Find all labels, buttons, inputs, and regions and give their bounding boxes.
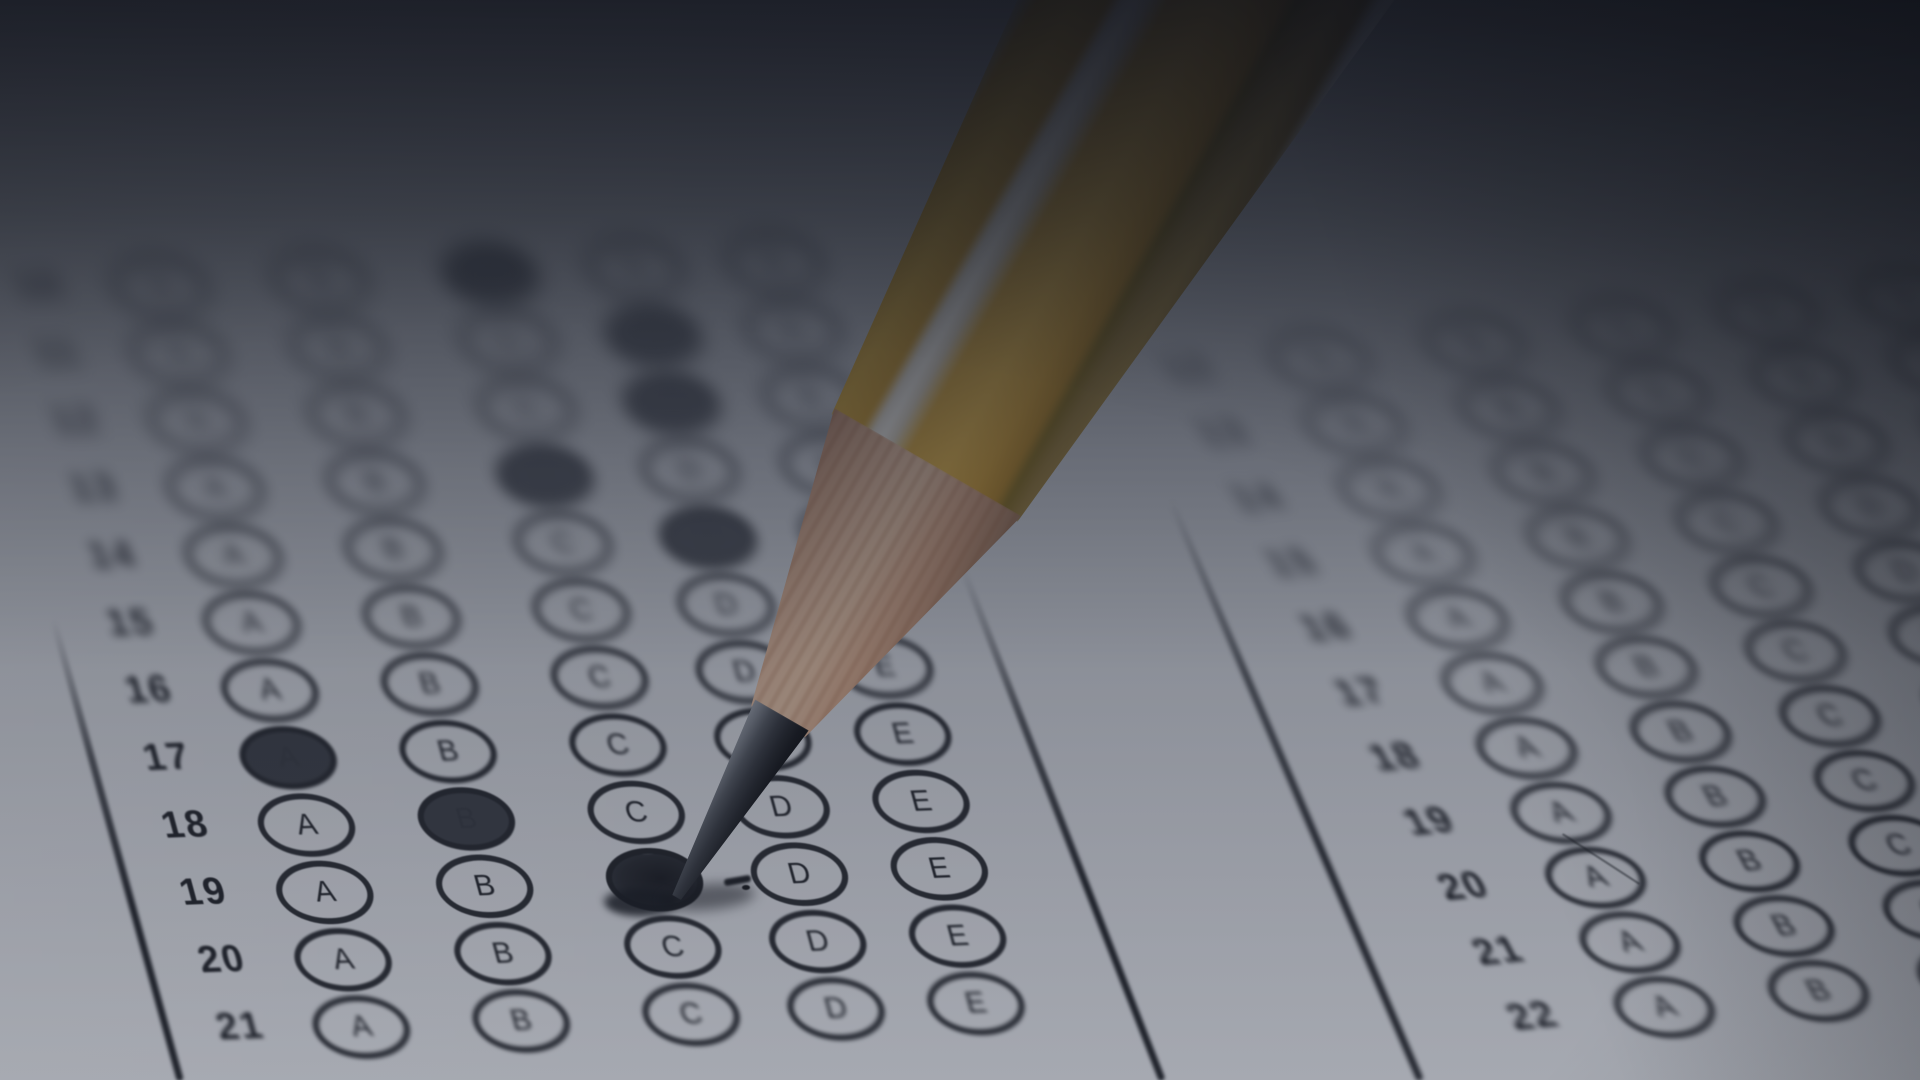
bubble-letter: A (1439, 601, 1476, 635)
bubble-letter: D (638, 318, 669, 353)
bubble-letter: C (584, 660, 615, 695)
bubble-letter: B (415, 667, 444, 701)
bubble-letter: A (1405, 537, 1442, 571)
bubble-letter: B (305, 263, 334, 297)
question-number: 17 (119, 735, 215, 781)
bubble-letter: E (778, 313, 807, 347)
bubble-letter: C (474, 256, 505, 291)
bubble-letter: B (1800, 974, 1837, 1008)
bubble-letter: B (488, 936, 517, 970)
bubble-letter: E (760, 245, 789, 279)
bubble-letter: D (1748, 295, 1787, 330)
bubble-letter: C (548, 526, 579, 561)
question-number: 11 (10, 331, 106, 377)
bubble-letter: E (961, 986, 990, 1020)
bubble-letter: A (310, 875, 339, 909)
bubble-letter: A (1646, 990, 1683, 1024)
bubble-letter: A (292, 808, 321, 842)
bubble-letter: C (621, 795, 652, 830)
bubble-letter: B (1490, 391, 1527, 425)
question-number: 13 (46, 466, 142, 512)
bubble-letter: A (1474, 666, 1511, 700)
bubble-letter: A (329, 943, 358, 977)
bubble-letter: E (906, 784, 935, 818)
question-number: 20 (174, 937, 270, 983)
bubble-letter: A (1302, 342, 1339, 376)
bubble-letter: C (639, 863, 670, 898)
bubble-letter: D (802, 924, 833, 959)
bubble-letter: A (182, 404, 211, 438)
bubble-letter: B (360, 465, 389, 499)
bubble-letter: A (237, 606, 266, 640)
bubble-letter: A (1336, 407, 1373, 441)
question-number: 12 (28, 398, 124, 444)
bubble-letter: D (1852, 490, 1891, 525)
bubble-letter: B (1559, 520, 1596, 554)
bubble-letter: D (711, 588, 742, 623)
question-number: 14 (64, 533, 160, 579)
bubble-letter: A (219, 538, 248, 572)
bubble-letter: E (888, 717, 917, 751)
bubble-letter: B (1731, 844, 1768, 878)
bubble-letter: C (493, 324, 524, 359)
bubble-letter: B (507, 1004, 536, 1038)
bubble-letter: C (603, 728, 634, 763)
bubble-letter: C (676, 997, 707, 1032)
scantron-photo-scene: 10ABCDE11ABCDE12ABCDE13ABCDE14ABCDE15ABC… (0, 0, 1920, 1080)
bubble-letter: B (434, 734, 463, 768)
bubble-letter: B (1456, 326, 1493, 360)
bubble-letter: A (146, 269, 175, 303)
bubble-letter: C (1776, 634, 1815, 669)
bubble-letter: D (693, 520, 724, 555)
bubble-letter: D (674, 453, 705, 488)
bubble-letter: A (274, 741, 303, 775)
question-number: 18 (138, 802, 234, 848)
question-number: 16 (101, 668, 197, 714)
bubble-letter: C (1880, 828, 1919, 863)
bubble-letter: B (1766, 909, 1803, 943)
bubble-letter: A (1611, 925, 1648, 959)
bubble-letter: C (511, 391, 542, 426)
bubble-letter: A (1543, 796, 1580, 830)
bubble-letter: D (1817, 425, 1856, 460)
bubble-letter: B (324, 330, 353, 364)
bubble-letter: B (1525, 456, 1562, 490)
bubble-letter: B (379, 532, 408, 566)
bubble-letter: C (1673, 440, 1712, 475)
bubble-letter: D (821, 992, 852, 1027)
bubble-letter: A (1508, 731, 1545, 765)
bubble-letter: C (529, 458, 560, 493)
question-number: 10 (0, 264, 87, 310)
bubble-letter: D (784, 857, 815, 892)
bubble-letter: A (255, 673, 284, 707)
bubble-letter: C (1914, 893, 1920, 928)
question-number: 15 (83, 600, 179, 646)
bubble-letter: A (347, 1010, 376, 1044)
bubble-letter: C (1811, 699, 1850, 734)
bubble-letter: C (566, 593, 597, 628)
question-number: 19 (156, 870, 252, 916)
bubble-letter: D (619, 251, 650, 286)
bubble-letter: D (656, 386, 687, 421)
bubble-letter: B (1628, 650, 1665, 684)
bubble-letter: C (1604, 310, 1643, 345)
bubble-letter: D (1783, 360, 1822, 395)
bubble-letter: B (1697, 779, 1734, 813)
bubble-letter: B (1593, 585, 1630, 619)
bubble-letter: A (200, 471, 229, 505)
bubble-letter: B (452, 802, 481, 836)
graphite-crumb (742, 885, 750, 890)
bubble-letter: E (797, 380, 826, 414)
bubble-letter: D (766, 790, 797, 825)
question-number: 21 (193, 1004, 289, 1050)
bubble-letter: C (1707, 505, 1746, 540)
bubble-letter: D (729, 655, 760, 690)
bubble-letter: C (1742, 569, 1781, 604)
bubble-letter: E (925, 852, 954, 886)
bubble-letter: B (1662, 715, 1699, 749)
bubble-letter: C (1639, 375, 1678, 410)
bubble-letter: C (1845, 764, 1884, 799)
bubble-letter: C (657, 930, 688, 965)
bubble-letter: D (1886, 554, 1920, 589)
bubble-letter: B (397, 600, 426, 634)
bubble-letter: B (342, 398, 371, 432)
bubble-letter: B (470, 869, 499, 903)
bubble-letter: A (164, 336, 193, 370)
bubble-letter: A (1370, 472, 1407, 506)
bubble-letter: E (943, 919, 972, 953)
bubble-letter: E (1888, 281, 1920, 315)
